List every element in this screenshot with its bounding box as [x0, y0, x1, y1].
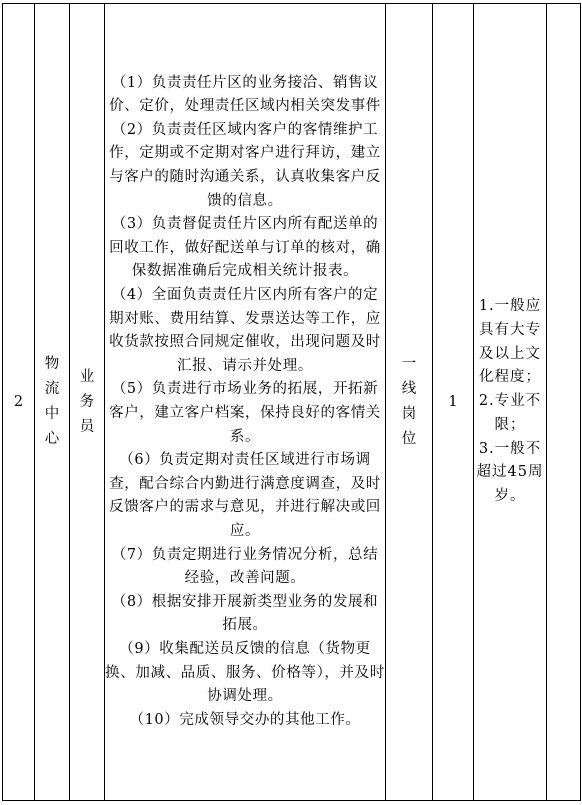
headcount-cell: 1: [433, 4, 474, 801]
duties-cell: （1）负责责任片区的业务接洽、销售议价、定价，处理责任区域内相关突发事件 （2）…: [105, 4, 386, 801]
remarks-cell: [547, 4, 581, 801]
duty-item: （1）负责责任片区的业务接洽、销售议价、定价，处理责任区域内相关突发事件: [105, 72, 385, 119]
duty-item: （2）负责责任区域内客户的客情维护工作，定期或不定期对客户进行拜访，建立与客户的…: [105, 119, 385, 213]
duty-item: （3）负责督促责任片区内所有配送单的回收工作，做好配送单与订单的核对，确保数据准…: [105, 213, 385, 284]
position-cell: 业务员: [70, 4, 105, 801]
requirement-item: 1.一般应具有大专及以上文化程度；: [474, 295, 546, 390]
department-name: 物流中心: [44, 352, 60, 452]
post-type: 一线岗位: [401, 352, 417, 452]
row-number: 2: [14, 394, 23, 410]
duty-item: （4）全面负责责任片区内所有客户的定期对账、费用结算、发票送达等工作，应收货款按…: [105, 284, 385, 378]
row-number-cell: 2: [3, 4, 35, 801]
department-cell: 物流中心: [35, 4, 70, 801]
duty-item: （5）负责进行市场业务的拓展，开拓新客户，建立客户档案，保持良好的客情关系。: [105, 378, 385, 449]
table-row: 2 物流中心 业务员 （1）负责责任片区的业务接洽、销售议价、定价，处理责任区域…: [3, 4, 581, 801]
requirement-item: 2.专业不限；: [474, 390, 546, 438]
job-description-table: 2 物流中心 业务员 （1）负责责任片区的业务接洽、销售议价、定价，处理责任区域…: [2, 3, 581, 801]
headcount: 1: [448, 394, 457, 410]
requirement-item: 3.一般不超过45周岁。: [474, 438, 546, 509]
duty-item: （10）完成领导交办的其他工作。: [105, 709, 385, 733]
duty-item: （8）根据安排开展新类型业务的发展和拓展。: [105, 591, 385, 638]
duty-item: （7）负责定期进行业务情况分析，总结经验，改善问题。: [105, 544, 385, 591]
position-name: 业务员: [79, 365, 95, 440]
duty-item: （9）收集配送员反馈的信息（货物更换、加减、品质、服务、价格等），并及时协调处理…: [105, 638, 385, 709]
post-type-cell: 一线岗位: [386, 4, 433, 801]
duty-item: （6）负责定期对责任区域进行市场调查，配合综合内勤进行满意度调查，及时反馈客户的…: [105, 449, 385, 543]
requirements-cell: 1.一般应具有大专及以上文化程度； 2.专业不限； 3.一般不超过45周岁。: [474, 4, 547, 801]
